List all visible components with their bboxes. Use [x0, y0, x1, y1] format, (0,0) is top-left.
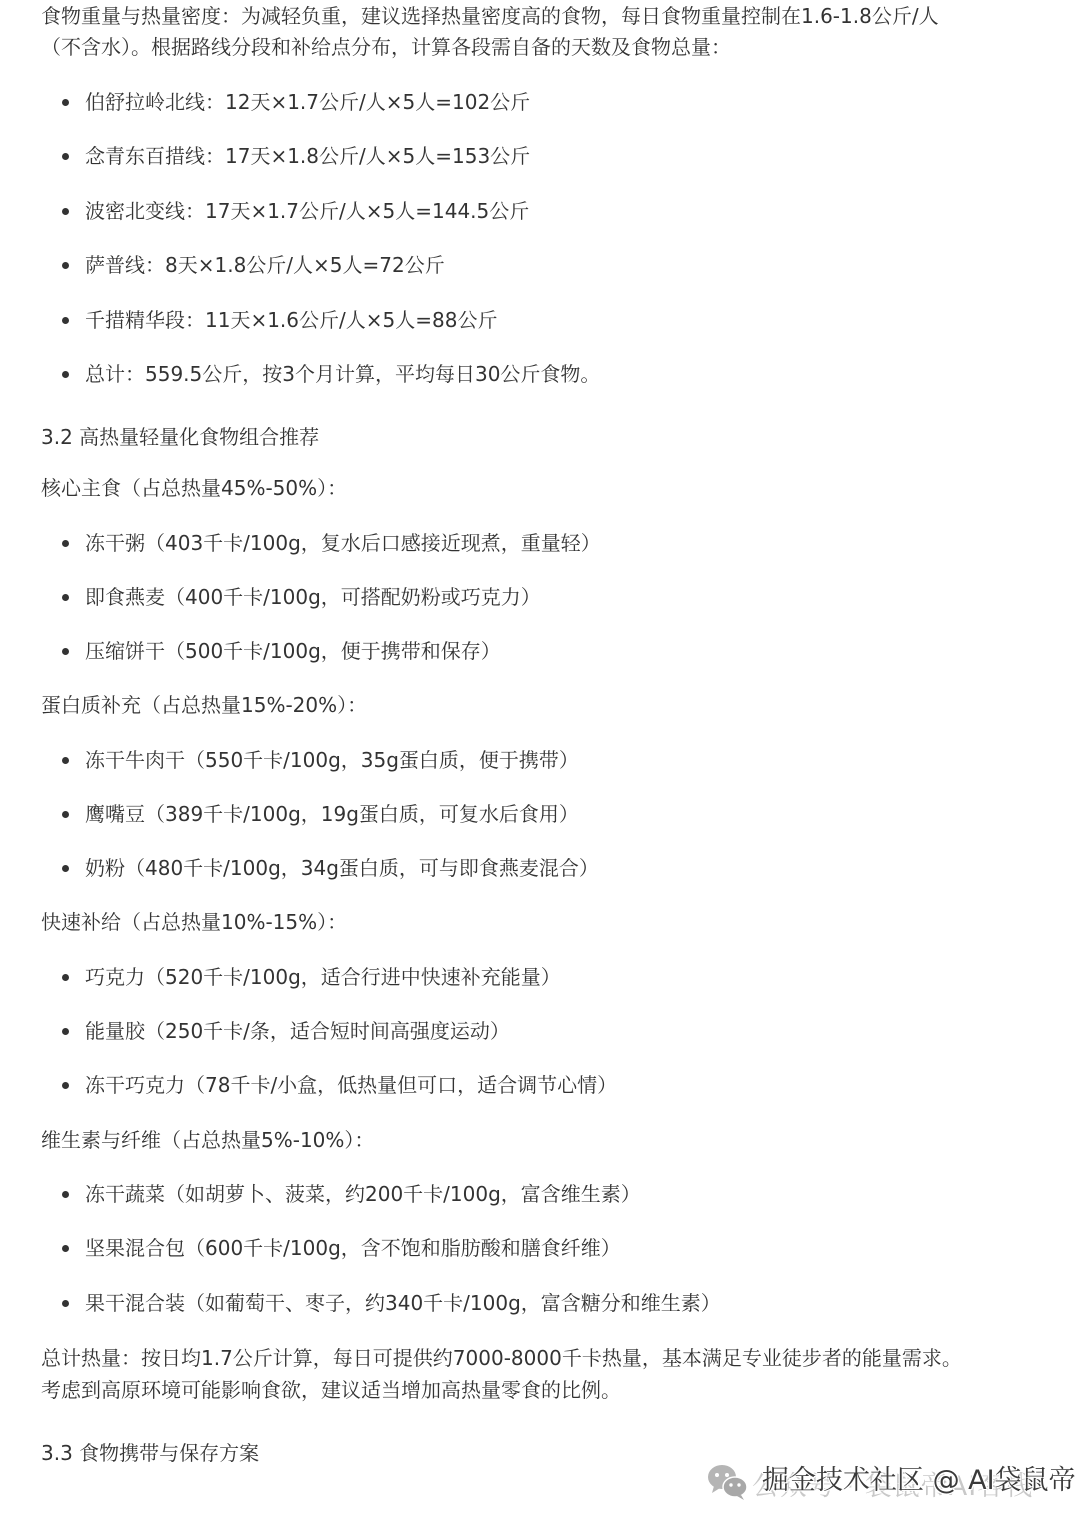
list-item-text: 伯舒拉岭北线：12天×1.7公斤/人×5人=102公斤 — [85, 86, 530, 118]
bullet-icon — [62, 262, 69, 269]
list-item-text: 巧克力（520千卡/100g，适合行进中快速补充能量） — [85, 961, 561, 993]
list-item-text: 能量胶（250千卡/条，适合短时间高强度运动） — [85, 1015, 510, 1047]
bullet-icon — [62, 1245, 69, 1252]
list-item-text: 波密北变线：17天×1.7公斤/人×5人=144.5公斤 — [85, 195, 529, 227]
list-item-text: 萨普线：8天×1.8公斤/人×5人=72公斤 — [85, 249, 445, 281]
group-heading: 蛋白质补充（占总热量15%-20%）： — [41, 689, 367, 721]
bullet-icon — [62, 1028, 69, 1035]
list-item-text: 总计：559.5公斤，按3个月计算，平均每日30公斤食物。 — [85, 358, 600, 390]
bullet-icon — [62, 371, 69, 378]
list-item-text: 冻干蔬菜（如胡萝卜、菠菜，约200千卡/100g，富含维生素） — [85, 1178, 641, 1210]
bullet-icon — [62, 594, 69, 601]
bullet-icon — [62, 811, 69, 818]
summary-line2: 考虑到高原环境可能影响食欲，建议适当增加高热量零食的比例。 — [41, 1374, 621, 1406]
list-item-text: 压缩饼干（500千卡/100g，便于携带和保存） — [85, 635, 501, 667]
list-item-text: 冻干巧克力（78千卡/小盒，低热量但可口，适合调节心情） — [85, 1069, 617, 1101]
wechat-icon — [706, 1462, 750, 1502]
bullet-icon — [62, 1082, 69, 1089]
list-item-text: 果干混合装（如葡萄干、枣子，约340千卡/100g，富含糖分和维生素） — [85, 1287, 721, 1319]
bullet-icon — [62, 99, 69, 106]
group-heading: 维生素与纤维（占总热量5%-10%）： — [41, 1124, 374, 1156]
bullet-icon — [62, 757, 69, 764]
list-item-text: 念青东百措线：17天×1.8公斤/人×5人=153公斤 — [85, 140, 530, 172]
list-item-text: 奶粉（480千卡/100g，34g蛋白质，可与即食燕麦混合） — [85, 852, 599, 884]
list-item-text: 坚果混合包（600千卡/100g，含不饱和脂肪酸和膳食纤维） — [85, 1232, 621, 1264]
bullet-icon — [62, 865, 69, 872]
list-item-text: 千措精华段：11天×1.6公斤/人×5人=88公斤 — [85, 304, 497, 336]
watermark-main-text: 掘金技术社区 @ AI袋鼠帝 — [762, 1458, 1076, 1497]
section-heading-3-2: 3.2 高热量轻量化食物组合推荐 — [41, 421, 319, 453]
list-item-text: 冻干粥（403千卡/100g，复水后口感接近现煮，重量轻） — [85, 527, 601, 559]
intro-paragraph-line2: （不含水）。根据路线分段和补给点分布，计算各段需自备的天数及食物总量： — [41, 31, 731, 63]
bullet-icon — [62, 648, 69, 655]
list-item-text: 鹰嘴豆（389千卡/100g，19g蛋白质，可复水后食用） — [85, 798, 579, 830]
group-heading: 核心主食（占总热量45%-50%）： — [41, 472, 347, 504]
bullet-icon — [62, 153, 69, 160]
bullet-icon — [62, 317, 69, 324]
list-item-text: 冻干牛肉干（550千卡/100g，35g蛋白质，便于携带） — [85, 744, 579, 776]
list-item-text: 即食燕麦（400千卡/100g，可搭配奶粉或巧克力） — [85, 581, 541, 613]
bullet-icon — [62, 208, 69, 215]
bullet-icon — [62, 540, 69, 547]
bullet-icon — [62, 1191, 69, 1198]
watermark: 公众号 · 袋鼠帝AI客栈 掘金技术社区 @ AI袋鼠帝 — [700, 1452, 1070, 1512]
summary-line1: 总计热量：按日均1.7公斤计算，每日可提供约7000-8000千卡热量，基本满足… — [41, 1342, 962, 1374]
section-heading-3-3: 3.3 食物携带与保存方案 — [41, 1437, 259, 1469]
intro-paragraph-line1: 食物重量与热量密度：为减轻负重，建议选择热量密度高的食物，每日食物重量控制在1.… — [41, 0, 939, 32]
group-heading: 快速补给（占总热量10%-15%）： — [41, 906, 347, 938]
bullet-icon — [62, 1300, 69, 1307]
bullet-icon — [62, 974, 69, 981]
